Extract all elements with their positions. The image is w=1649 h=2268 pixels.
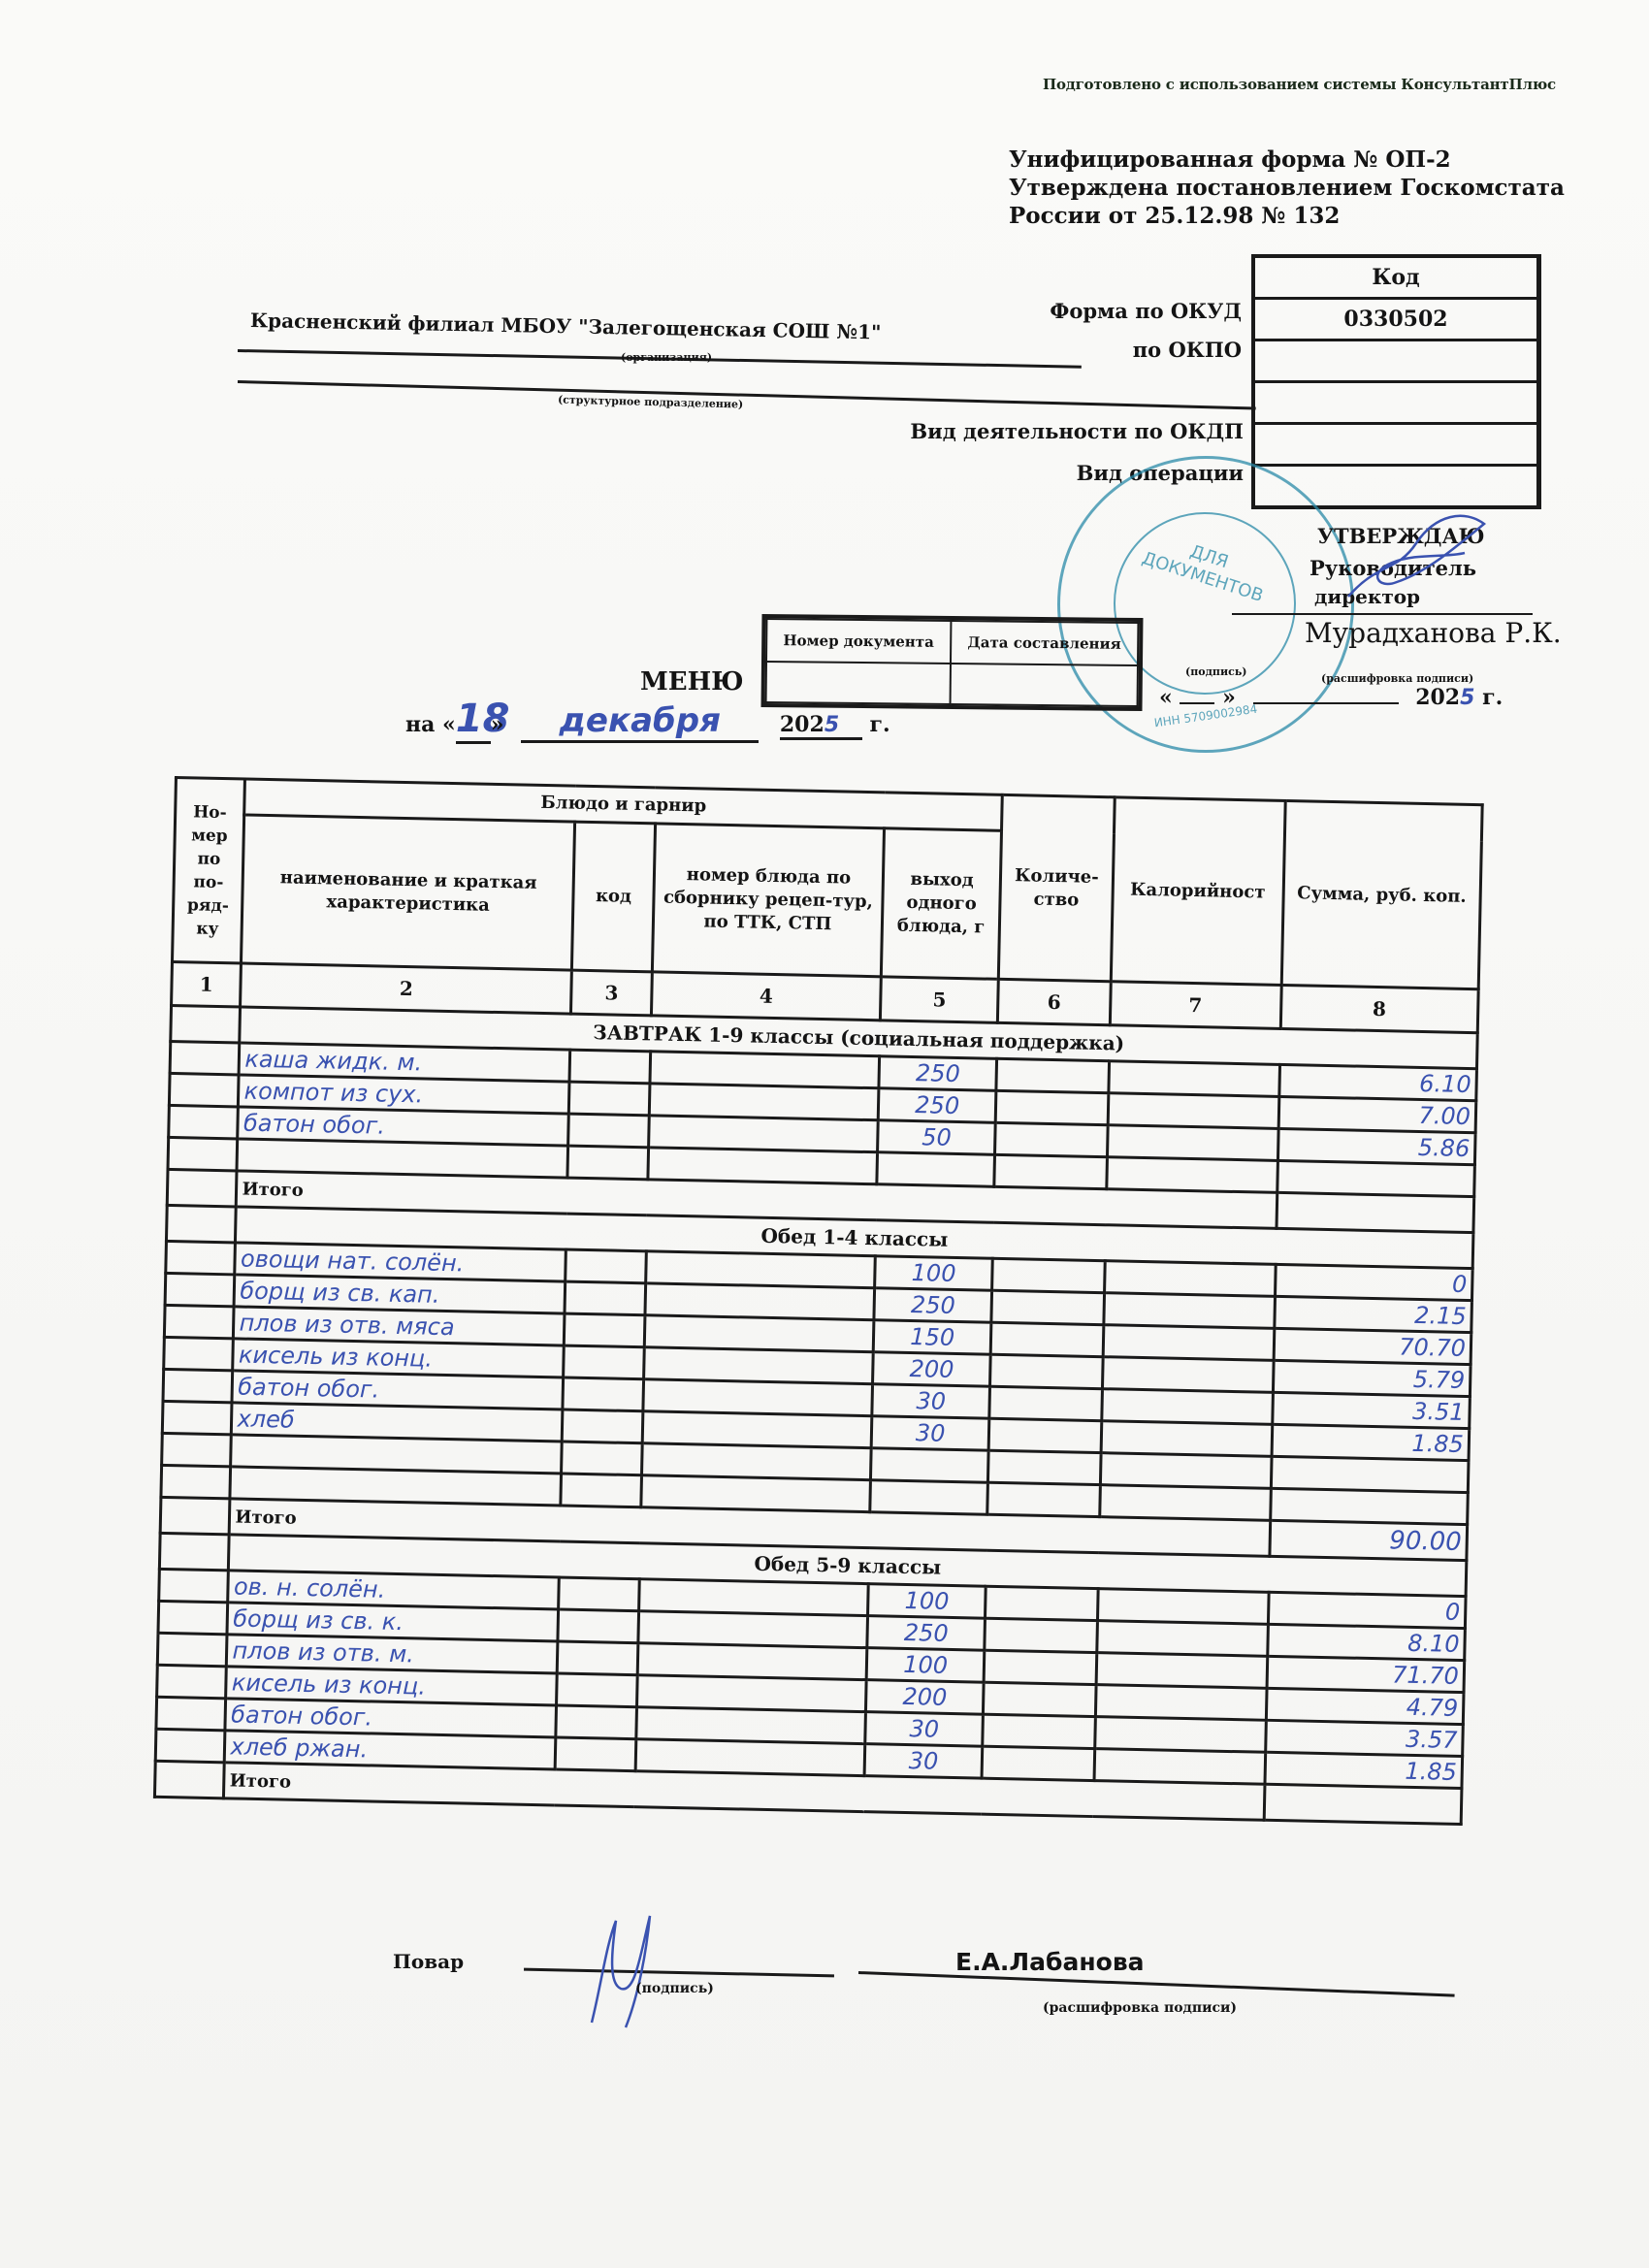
recipe-number-cell [644, 1315, 874, 1352]
row-number-cell [164, 1337, 234, 1370]
portion-cell: 30 [872, 1384, 990, 1419]
document-number-label: Номер документа [766, 619, 951, 664]
row-number-cell [166, 1241, 236, 1274]
consultant-note: Подготовлено с использованием системы Ко… [1043, 76, 1556, 93]
calories-cell [1107, 1125, 1278, 1161]
quantity-cell [984, 1682, 1096, 1716]
section-number-cell [159, 1533, 229, 1570]
approval-year-hand: 5 [1460, 686, 1474, 710]
quantity-cell [986, 1586, 1098, 1620]
code-cell [557, 1673, 637, 1707]
sum-cell: 4.79 [1266, 1688, 1464, 1724]
form-line-3: России от 25.12.98 № 132 [1009, 202, 1565, 230]
sum-cell: 71.70 [1267, 1656, 1465, 1692]
portion-cell: 30 [865, 1712, 984, 1747]
approval-date-open-quote: « [1159, 685, 1173, 710]
recipe-number-cell [635, 1739, 865, 1776]
menu-date-on: на [405, 712, 435, 737]
portion-cell: 100 [866, 1648, 985, 1683]
recipe-number-cell [636, 1707, 866, 1744]
calories-cell [1094, 1749, 1266, 1785]
approval-year-prefix: 202 [1415, 685, 1460, 710]
row-number-cell [157, 1665, 227, 1698]
portion-cell: 100 [868, 1584, 986, 1619]
quantity-cell [995, 1090, 1108, 1124]
header-sum: Сумма, руб. коп. [1281, 800, 1482, 988]
total-value [1277, 1192, 1474, 1232]
recipe-number-cell [648, 1116, 878, 1152]
sum-cell: 6.10 [1278, 1064, 1476, 1100]
row-number-cell [169, 1105, 239, 1138]
sum-cell: 3.51 [1272, 1392, 1470, 1428]
row-number-cell [162, 1433, 232, 1466]
sum-cell: 70.70 [1274, 1328, 1471, 1364]
form-line-2: Утверждена постановлением Госкомстата [1009, 174, 1565, 202]
portion-cell: 100 [875, 1256, 993, 1291]
cook-name: Е.А.Лабанова [955, 1948, 1145, 1976]
cook-signature-caption: (подпись) [635, 1981, 714, 1996]
code-cell [567, 1146, 648, 1180]
calories-cell [1100, 1453, 1272, 1489]
calories-cell [1094, 1717, 1266, 1753]
quantity-cell [996, 1058, 1109, 1092]
calories-cell [1096, 1621, 1268, 1657]
recipe-number-cell [641, 1443, 871, 1480]
row-number-cell [168, 1137, 238, 1170]
okud-value: 0330502 [1255, 300, 1536, 341]
column-number-2: 2 [241, 963, 572, 1014]
code-cell [569, 1050, 650, 1084]
row-number-cell [163, 1369, 233, 1402]
recipe-number-cell [637, 1643, 867, 1680]
calories-cell [1104, 1261, 1276, 1297]
quantity-cell [989, 1386, 1102, 1420]
header-quantity: Количе-ство [998, 794, 1114, 981]
approval-date: « » 2025 г. [1159, 685, 1503, 710]
header-recipe-number: номер блюда по сборнику рецеп-тур, по ТТ… [652, 824, 885, 977]
menu-date-quote-close: » [491, 712, 504, 737]
calories-cell [1099, 1485, 1271, 1521]
quantity-cell [990, 1354, 1103, 1388]
sum-cell [1271, 1456, 1469, 1492]
cook-label: Повар [393, 1950, 464, 1973]
sum-cell [1270, 1488, 1468, 1524]
code-cell [563, 1409, 643, 1443]
portion-cell [870, 1480, 988, 1515]
recipe-number-cell [636, 1675, 866, 1712]
code-cell [568, 1114, 649, 1148]
section-number-cell [166, 1205, 236, 1242]
row-number-cell [157, 1633, 227, 1666]
sum-cell: 0 [1275, 1264, 1472, 1300]
portion-cell: 250 [879, 1056, 997, 1091]
approval-name: Мурадханова Р.К. [1305, 617, 1562, 649]
form-reference: Унифицированная форма № ОП-2 Утверждена … [1009, 146, 1565, 230]
director-signature [1339, 504, 1503, 611]
sum-cell: 1.85 [1272, 1424, 1470, 1460]
quantity-cell [987, 1482, 1100, 1516]
sum-cell: 2.15 [1274, 1296, 1471, 1332]
quantity-cell [985, 1618, 1097, 1652]
portion-cell [871, 1448, 989, 1483]
cook-decode-caption: (расшифровка подписи) [1043, 2000, 1237, 2016]
column-number-6: 6 [998, 979, 1111, 1024]
quantity-cell [991, 1290, 1104, 1324]
menu-table: Но-мер по по-ряд-ку Блюдо и гарнир Колич… [153, 776, 1484, 1826]
sum-cell: 8.10 [1267, 1624, 1465, 1660]
recipe-number-cell [643, 1379, 873, 1416]
code-cell [561, 1474, 641, 1507]
code-cell [559, 1577, 639, 1611]
cook-signature-line [524, 1968, 834, 1978]
calories-cell [1106, 1157, 1277, 1193]
quantity-cell [992, 1258, 1105, 1292]
menu-year-hand: 5 [824, 713, 839, 737]
code-cell [556, 1705, 636, 1739]
menu-year-suffix: г. [870, 712, 890, 737]
row-number-cell [161, 1465, 231, 1498]
calories-cell [1095, 1685, 1267, 1721]
approval-decode-caption: (расшифровка подписи) [1321, 672, 1473, 685]
document-page: Подготовлено с использованием системы Ко… [0, 0, 1649, 2268]
portion-cell: 250 [878, 1088, 996, 1123]
column-number-5: 5 [881, 977, 999, 1023]
menu-table-body: ЗАВТРАК 1-9 классы (социальная поддержка… [154, 1005, 1477, 1824]
code-title: Код [1255, 258, 1536, 300]
recipe-number-cell [638, 1611, 868, 1648]
code-cell [563, 1377, 643, 1411]
row-number-cell [162, 1401, 232, 1434]
subdivision-caption: (структурное подразделение) [558, 393, 743, 410]
code-cell [566, 1249, 646, 1283]
column-number-8: 8 [1280, 985, 1478, 1032]
code-cell [564, 1345, 644, 1379]
recipe-number-cell [642, 1411, 872, 1448]
calories-cell [1103, 1293, 1275, 1329]
portion-cell: 30 [871, 1416, 989, 1451]
calories-cell [1103, 1325, 1275, 1361]
okud-label: Форма по ОКУД [1050, 299, 1242, 323]
menu-day: 18 [456, 697, 491, 744]
cook-signature [582, 1906, 669, 2032]
header-row-number: Но-мер по по-ряд-ку [172, 778, 244, 963]
quantity-cell [995, 1122, 1108, 1156]
document-date-value [950, 664, 1138, 706]
portion-cell: 50 [878, 1120, 996, 1155]
calories-cell [1108, 1093, 1279, 1129]
calories-cell [1101, 1389, 1273, 1425]
quantity-cell [994, 1154, 1107, 1188]
portion-cell: 250 [867, 1616, 986, 1651]
header-portion: выход одного блюда, г [882, 828, 1002, 979]
calories-cell [1096, 1653, 1268, 1689]
approval-date-close-quote: » [1222, 685, 1236, 710]
sum-cell: 0 [1268, 1592, 1466, 1628]
code-cell [569, 1082, 650, 1116]
column-number-1: 1 [172, 961, 242, 1006]
total-value [1264, 1784, 1462, 1824]
quantity-cell [983, 1714, 1095, 1748]
code-cell [558, 1641, 638, 1675]
portion-cell: 250 [874, 1288, 992, 1323]
portion-cell: 200 [873, 1352, 991, 1387]
row-number-cell [158, 1601, 228, 1634]
menu-month: декабря [521, 701, 759, 743]
code-cell [565, 1281, 645, 1315]
okpo-value [1255, 341, 1536, 383]
quantity-cell [988, 1450, 1101, 1484]
menu-year-prefix: 202 [780, 712, 824, 737]
portion-cell: 150 [873, 1320, 991, 1355]
recipe-number-cell [645, 1251, 875, 1288]
code-cell [558, 1609, 638, 1643]
sum-cell: 1.85 [1265, 1752, 1463, 1788]
header-calories: Калорийност [1111, 797, 1285, 986]
recipe-number-cell [641, 1475, 871, 1512]
organization-name: Красненский филиал МБОУ "Залегощенская С… [250, 308, 882, 343]
empty-code-row [1255, 383, 1536, 425]
code-cell [562, 1442, 642, 1475]
recipe-number-cell [645, 1283, 875, 1320]
sum-cell: 5.79 [1273, 1360, 1471, 1396]
subdivision-line [238, 380, 1256, 409]
menu-date-quote-open: « [442, 712, 456, 737]
column-number-3: 3 [571, 970, 652, 1016]
code-cell [565, 1313, 645, 1347]
recipe-number-cell [649, 1084, 879, 1120]
document-date-label: Дата составления [951, 621, 1139, 665]
recipe-number-cell [643, 1347, 873, 1384]
row-number-cell [155, 1729, 225, 1762]
header-name: наименование и краткая характеристика [242, 815, 575, 970]
recipe-number-cell [650, 1052, 880, 1088]
approval-signature-caption: (подпись) [1185, 665, 1247, 678]
total-number-cell [160, 1497, 230, 1534]
sum-cell: 3.57 [1265, 1720, 1463, 1756]
portion-cell [877, 1152, 995, 1187]
quantity-cell [988, 1418, 1101, 1452]
approval-year-suffix: г. [1482, 685, 1503, 710]
column-number-4: 4 [651, 972, 881, 1021]
total-number-cell [167, 1169, 237, 1206]
form-line-1: Унифицированная форма № ОП-2 [1009, 146, 1565, 174]
quantity-cell [990, 1322, 1103, 1356]
section-number-cell [171, 1005, 241, 1042]
organization-caption: (организация) [621, 351, 712, 364]
cook-name-line [858, 1971, 1455, 1997]
total-value: 90.00 [1269, 1520, 1467, 1560]
quantity-cell [984, 1650, 1096, 1684]
okpo-label: по ОКПО [1133, 338, 1242, 362]
row-number-cell [165, 1273, 235, 1306]
code-box: Код 0330502 [1251, 254, 1541, 509]
recipe-number-cell [648, 1148, 878, 1184]
row-number-cell [164, 1305, 234, 1338]
recipe-number-cell [638, 1579, 868, 1616]
row-number-cell [156, 1697, 226, 1730]
code-cell [555, 1737, 635, 1771]
okdp-label: Вид деятельности по ОКДП [910, 419, 1244, 443]
row-number-cell [170, 1041, 240, 1074]
portion-cell: 200 [866, 1680, 985, 1715]
sum-cell: 7.00 [1278, 1096, 1476, 1132]
total-number-cell [154, 1761, 224, 1798]
sum-cell: 5.86 [1277, 1128, 1475, 1164]
okdp-value [1255, 425, 1536, 467]
sum-cell [1277, 1160, 1474, 1196]
column-number-7: 7 [1110, 982, 1281, 1029]
approval-line [1232, 613, 1533, 615]
calories-cell [1097, 1589, 1269, 1625]
portion-cell: 30 [864, 1744, 983, 1779]
header-code: код [572, 822, 656, 972]
menu-title: МЕНЮ [640, 667, 744, 697]
row-number-cell [159, 1569, 229, 1602]
calories-cell [1101, 1421, 1273, 1457]
quantity-cell [982, 1746, 1094, 1780]
row-number-cell [169, 1073, 239, 1106]
menu-date: на «18» декабря 2025 г. [405, 697, 890, 744]
calories-cell [1108, 1061, 1279, 1097]
calories-cell [1102, 1357, 1274, 1393]
